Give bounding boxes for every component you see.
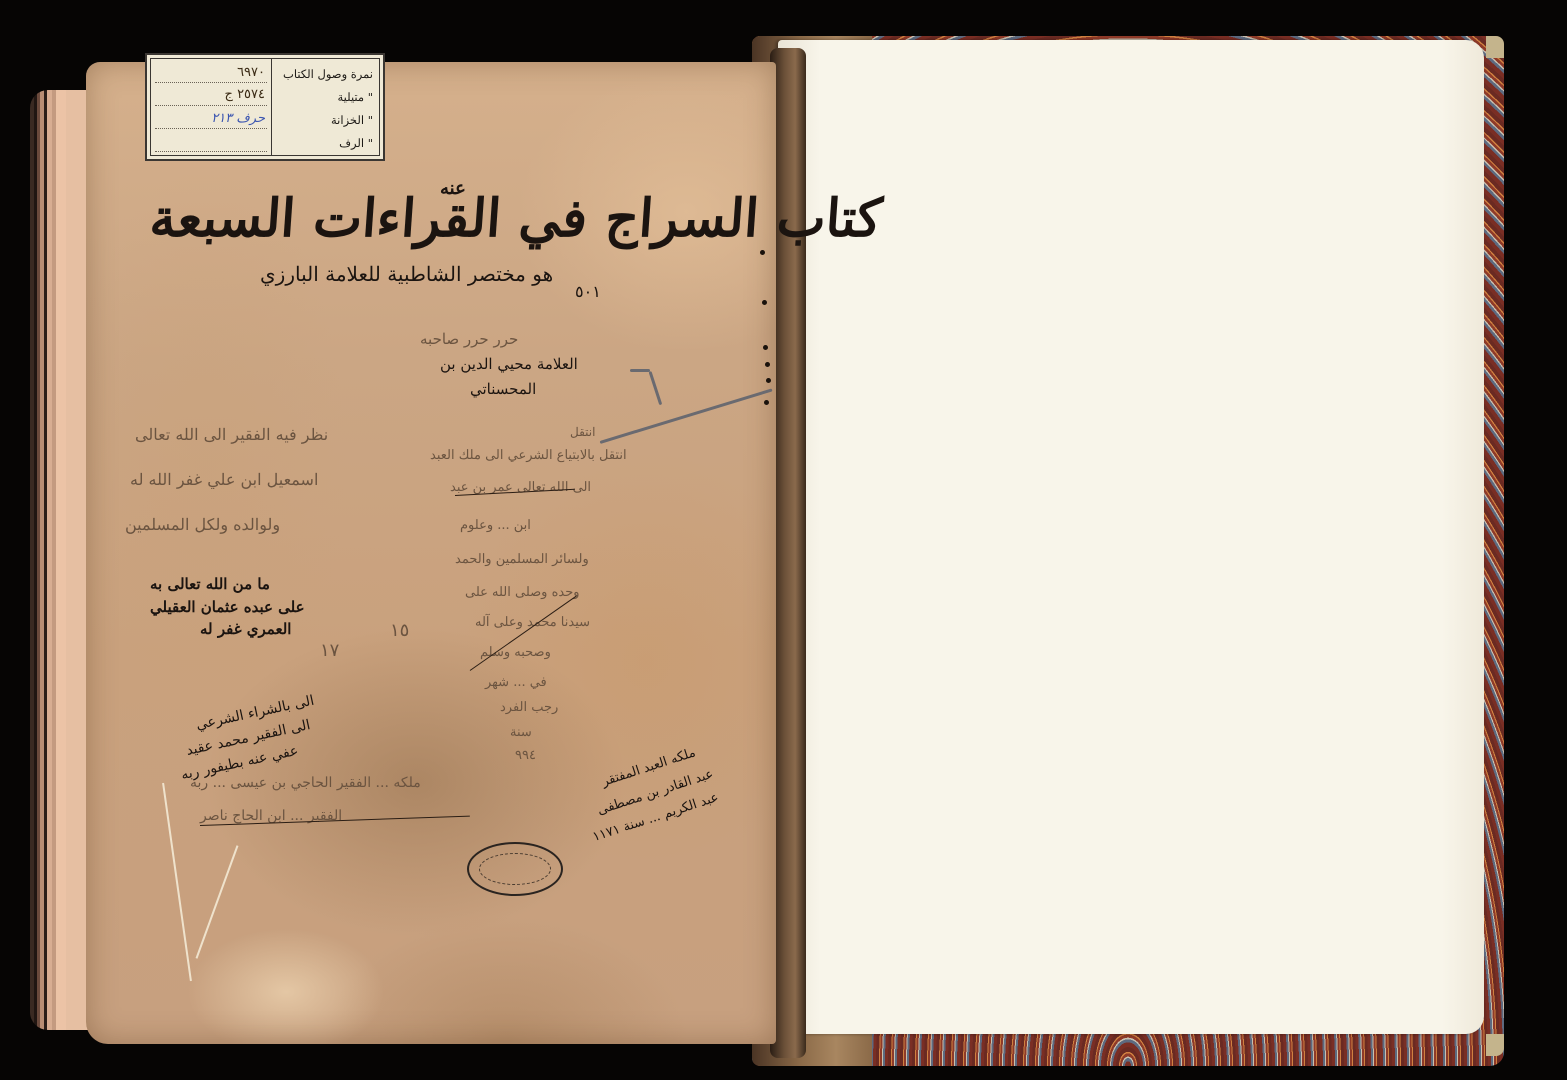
note-line: سيدنا محمد وعلى آله (475, 615, 590, 630)
note-line: سنة (510, 725, 532, 740)
note-line: ما من الله تعالى به (150, 575, 270, 593)
note-line: المحسناتي (470, 380, 536, 398)
note-line: على عبده عثمان العقيلي (150, 598, 305, 616)
note-line: في ... شهر (485, 675, 547, 690)
note-line: العلامة محيي الدين بن (440, 355, 578, 373)
note-line: ابن ... وعلوم (460, 518, 531, 533)
title-interlinear-word: عنه (440, 178, 466, 199)
date-year: ٩٩٤ (515, 748, 536, 763)
label-field: " الرف (278, 132, 373, 155)
manuscript-title: كتاب السراج في القراءات السبعة (148, 188, 884, 249)
label-field: " الخزانة (278, 109, 373, 132)
library-catalogue-label: ٦٩٧٠ ٢٥٧٤ ج حرف ٢١٣ نمرة وصول الكتاب " م… (145, 53, 385, 161)
shelf-number: حرف ٢١٣ (211, 111, 265, 126)
general-number: ٢٥٧٤ ج (225, 87, 265, 102)
note-line: حرر حرر صاحبه (420, 330, 518, 348)
cover-corner-top (1486, 36, 1504, 58)
cover-corner-bottom (1486, 1034, 1504, 1056)
note-line: انتقل بالابتياع الشرعي الى ملك العبد (430, 448, 627, 463)
margin-number: ١٥ (390, 620, 409, 641)
note-line: وصحبه وسلم (480, 645, 551, 660)
note-line: ولسائر المسلمين والحمد (455, 552, 589, 567)
pencil-mark (630, 369, 650, 372)
note-line: انتقل (570, 425, 595, 439)
note-line: وحده وصلى الله على (465, 585, 580, 600)
label-field: " متيلية (278, 86, 373, 109)
note-line: اسمعيل ابن علي غفر الله له (130, 470, 318, 489)
note-line: الى الله تعالى عمر بن عبد (450, 480, 591, 495)
paper-crack (196, 845, 239, 958)
note-line: نظر فيه الفقير الى الله تعالى (135, 425, 328, 444)
note-line: رجب الفرد (500, 700, 558, 715)
label-fields-column: نمرة وصول الكتاب " متيلية " الخزانة " ال… (272, 59, 379, 155)
ownership-seal (467, 842, 563, 896)
accession-number: ٦٩٧٠ (237, 65, 265, 80)
margin-number: ١٧ (320, 640, 339, 661)
note-line: ولوالده ولكل المسلمين (125, 515, 280, 534)
note-line: العمري غفر له (200, 620, 291, 638)
subtitle-number: ٥٠١ (575, 282, 601, 301)
note-line: ملكه ... الفقير الحاجي بن عيسى ... ربه (190, 775, 421, 791)
paper-crack (162, 783, 192, 981)
label-field: نمرة وصول الكتاب (278, 63, 373, 86)
manuscript-subtitle: هو مختصر الشاطبية للعلامة البارزي (260, 262, 553, 286)
label-values-column: ٦٩٧٠ ٢٥٧٤ ج حرف ٢١٣ (151, 59, 272, 155)
